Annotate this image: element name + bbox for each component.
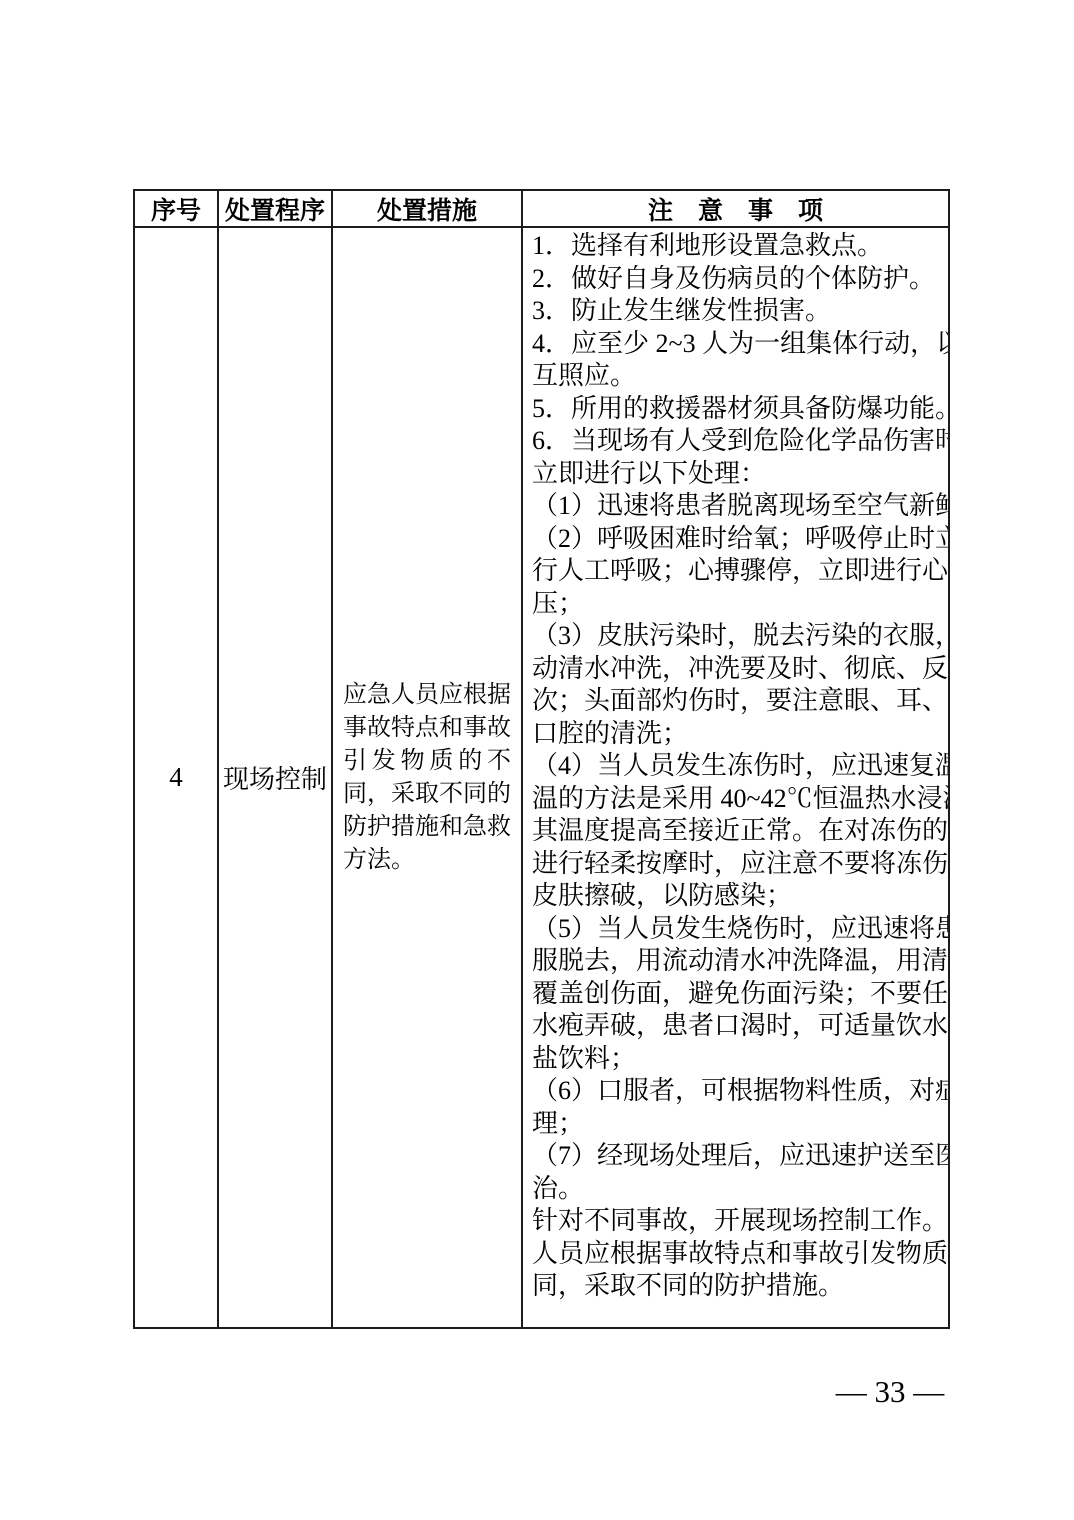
note-text-line: （3）皮肤污染时，脱去污染的衣服，用流 (532, 620, 942, 653)
note-text-line: （5）当人员发生烧伤时，应迅速将患者衣 (532, 913, 942, 946)
note-text-line: 5．所用的救援器材须具备防爆功能。 (532, 393, 942, 426)
cell-seq-number: 4 (135, 228, 219, 1327)
header-notes: 注 意 事 项 (523, 191, 948, 228)
note-text-line: 次；头面部灼伤时，要注意眼、耳、鼻、 (532, 685, 942, 718)
note-text-line: （4）当人员发生冻伤时，应迅速复温。复 (532, 750, 942, 783)
measure-text-line: 防护措施和急救 (343, 811, 511, 844)
note-text-line: 针对不同事故，开展现场控制工作。应急 (532, 1205, 942, 1238)
note-text-line: 温的方法是采用 40~42℃恒温热水浸泡，使 (532, 783, 942, 816)
note-text-line: 治。 (532, 1173, 942, 1206)
measure-text-line: 引发物质的不 (343, 745, 511, 778)
note-text-line: 压； (532, 588, 942, 621)
note-text-line: 动清水冲洗，冲洗要及时、彻底、反复多 (532, 653, 942, 686)
note-text-line: 口腔的清洗； (532, 718, 942, 751)
cell-measures: 应急人员应根据事故特点和事故引发物质的不同，采取不同的防护措施和急救方法。 (333, 228, 523, 1327)
note-text-line: （7）经现场处理后，应迅速护送至医院救 (532, 1140, 942, 1173)
note-text-line: 4．应至少 2~3 人为一组集体行动，以便相 (532, 328, 942, 361)
note-text-line: 进行轻柔按摩时，应注意不要将冻伤处的 (532, 848, 942, 881)
cell-notes: 1．选择有利地形设置急救点。2．做好自身及伤病员的个体防护。3．防止发生继发性损… (523, 228, 948, 1327)
measure-text-line: 应急人员应根据 (343, 679, 511, 712)
note-text-line: （6）口服者，可根据物料性质，对症处 (532, 1075, 942, 1108)
cell-procedure-name: 现场控制 (219, 228, 333, 1327)
note-text-line: 1．选择有利地形设置急救点。 (532, 230, 942, 263)
note-text-line: 互照应。 (532, 360, 942, 393)
note-text-line: 服脱去，用流动清水冲洗降温，用清洁布 (532, 945, 942, 978)
header-seq: 序号 (135, 191, 219, 228)
note-text-line: （1）迅速将患者脱离现场至空气新鲜处； (532, 490, 942, 523)
note-text-line: 人员应根据事故特点和事故引发物质的不 (532, 1238, 942, 1271)
note-text-line: （2）呼吸困难时给氧；呼吸停止时立即进 (532, 523, 942, 556)
note-text-line: 覆盖创伤面，避免伤面污染；不要任意把 (532, 978, 942, 1011)
note-text-line: 6．当现场有人受到危险化学品伤害时，应 (532, 425, 942, 458)
page-number: — 33 — (826, 1374, 954, 1410)
measure-text-line: 同，采取不同的 (343, 778, 511, 811)
emergency-procedures-table: 序号 处置程序 处置措施 注 意 事 项 4 现场控制 应急人员应根据事故特点和… (133, 189, 950, 1329)
note-text-line: 立即进行以下处理： (532, 458, 942, 491)
note-text-line: 同，采取不同的防护措施。 (532, 1270, 942, 1303)
note-text-line: 理； (532, 1108, 942, 1141)
measure-text-line: 事故特点和事故 (343, 712, 511, 745)
note-text-line: 行人工呼吸；心搏骤停，立即进行心脏按 (532, 555, 942, 588)
measure-text-line: 方法。 (343, 844, 511, 877)
note-text-line: 3．防止发生继发性损害。 (532, 295, 942, 328)
note-text-line: 盐饮料； (532, 1043, 942, 1076)
note-text-line: 其温度提高至接近正常。在对冻伤的部位 (532, 815, 942, 848)
header-procedure: 处置程序 (219, 191, 333, 228)
note-text-line: 水疱弄破，患者口渴时，可适量饮水或含 (532, 1010, 942, 1043)
header-measures: 处置措施 (333, 191, 523, 228)
note-text-line: 皮肤擦破，以防感染； (532, 880, 942, 913)
note-text-line: 2．做好自身及伤病员的个体防护。 (532, 263, 942, 296)
